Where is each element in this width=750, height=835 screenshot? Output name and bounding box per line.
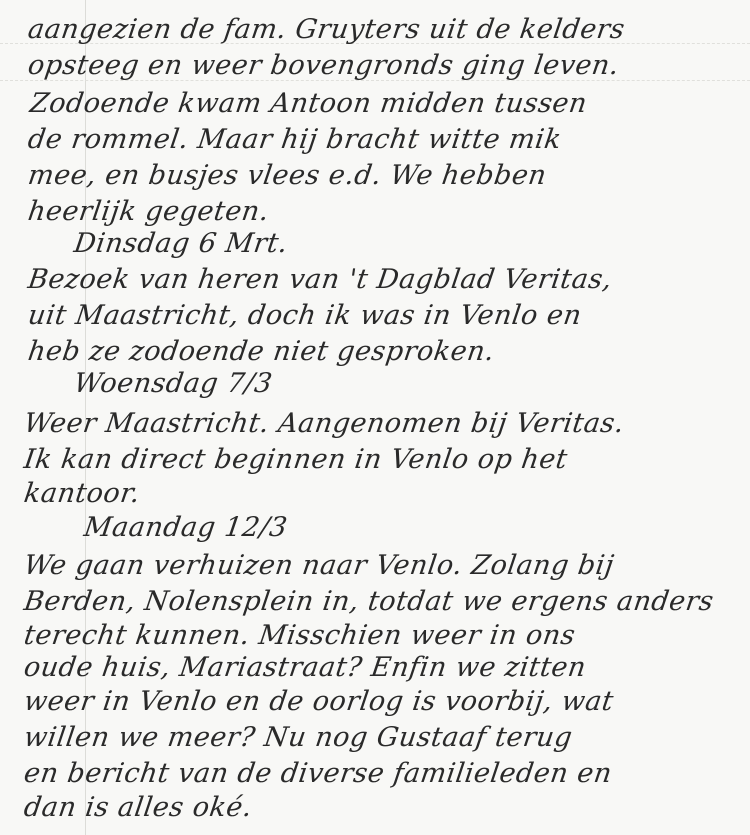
entry-date: Maandag 12/3 (82, 512, 289, 543)
text-line: heb ze zodoende niet gesproken. (26, 336, 496, 367)
text-line: willen we meer? Nu nog Gustaaf terug (22, 722, 574, 753)
entry-date: Woensdag 7/3 (72, 368, 274, 399)
text-line: opsteeg en weer bovengronds ging leven. (26, 50, 621, 81)
text-line: Berden, Nolensplein in, totdat we ergens… (22, 586, 716, 617)
text-line: kantoor. (22, 478, 142, 509)
text-line: Bezoek van heren van 't Dagblad Veritas, (26, 264, 614, 295)
text-line: heerlijk gegeten. (26, 196, 271, 227)
text-line: uit Maastricht, doch ik was in Venlo en (26, 300, 584, 331)
text-line: aangezien de fam. Gruyters uit de kelder… (26, 14, 627, 45)
text-line: terecht kunnen. Misschien weer in ons (22, 620, 577, 651)
text-line: oude huis, Mariastraat? Enfin we zitten (22, 652, 588, 683)
text-line: Zodoende kwam Antoon midden tussen (28, 88, 589, 119)
entry-date: Dinsdag 6 Mrt. (72, 228, 290, 259)
text-line: Ik kan direct beginnen in Venlo op het (22, 444, 569, 475)
text-line: en bericht van de diverse familieleden e… (22, 758, 614, 789)
diary-page: aangezien de fam. Gruyters uit de kelder… (0, 0, 750, 835)
text-line: Weer Maastricht. Aangenomen bij Veritas. (22, 408, 626, 439)
text-line: We gaan verhuizen naar Venlo. Zolang bij (22, 550, 616, 581)
text-line: weer in Venlo en de oorlog is voorbij, w… (22, 686, 616, 717)
text-line: mee, en busjes vlees e.d. We hebben (26, 160, 549, 191)
text-line: de rommel. Maar hij bracht witte mik (26, 124, 563, 155)
text-line: dan is alles oké. (22, 792, 254, 823)
